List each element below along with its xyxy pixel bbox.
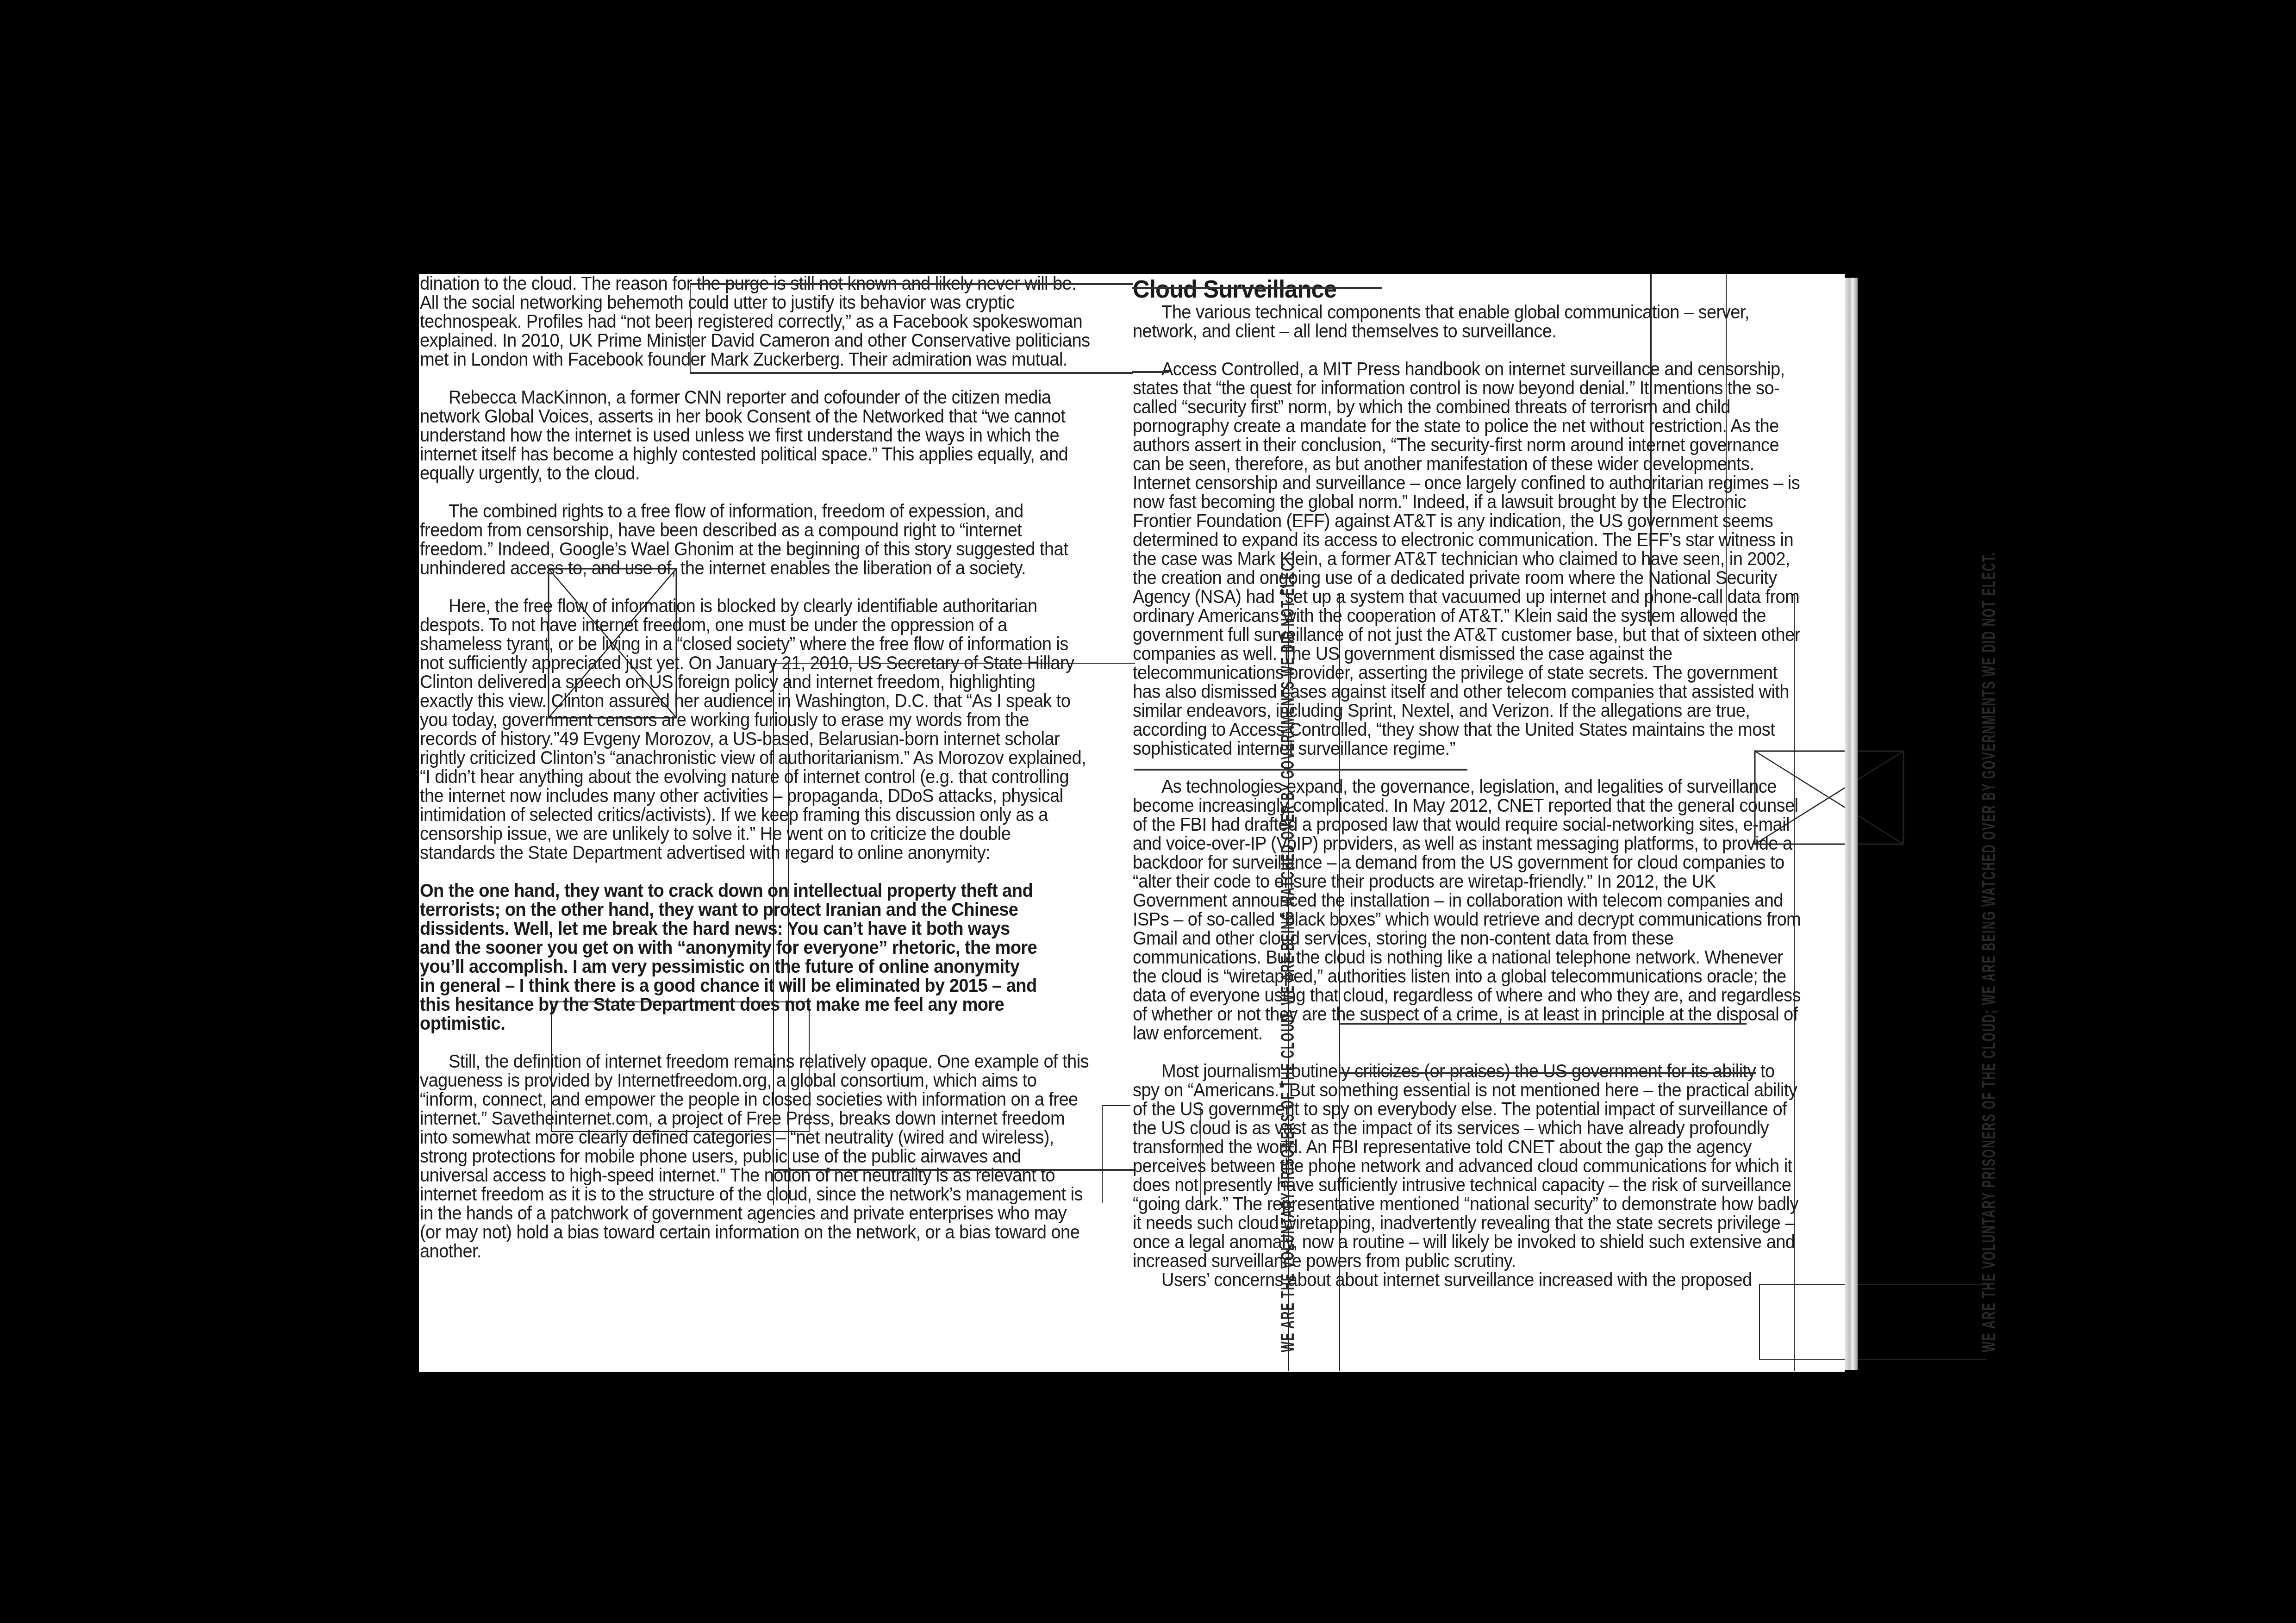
overlay-rule: [1200, 1107, 1201, 1204]
overlay-rule: [1132, 371, 1169, 373]
crossed-box-icon: [548, 568, 678, 719]
paragraph: Rebecca MacKinnon, a former CNN reporter…: [420, 388, 1090, 483]
overlay-frame: [773, 663, 1135, 1205]
overlay-frame: [551, 1001, 810, 1132]
paragraph: The combined rights to a free flow of in…: [420, 502, 1090, 578]
overlay-frame: [1650, 274, 1727, 626]
vertical-overprint-right: WE ARE THE VOLUNTARY PRISONERS OF THE CL…: [1979, 552, 2000, 1352]
overlay-rule: [1339, 1023, 1747, 1025]
book-spread: dination to the cloud. The reason for th…: [419, 274, 1845, 1372]
overlay-frame: [1339, 593, 1795, 1371]
overlay-rule: [1132, 287, 1382, 289]
overlay-rule: [773, 1169, 1134, 1171]
overlay-rule: [1134, 769, 1467, 771]
overlay-rule: [1339, 1072, 1756, 1074]
crossed-box-icon: [1754, 751, 1905, 846]
vertical-overprint-left: WE ARE THE VOLUNTARY PRISONERS OF THE CL…: [1278, 552, 1298, 1352]
overlay-frame: [690, 283, 1133, 374]
overlay-frame: [1102, 1105, 1130, 1203]
page-edge: [1845, 278, 1858, 1370]
overlay-frame: [1759, 1284, 1987, 1360]
